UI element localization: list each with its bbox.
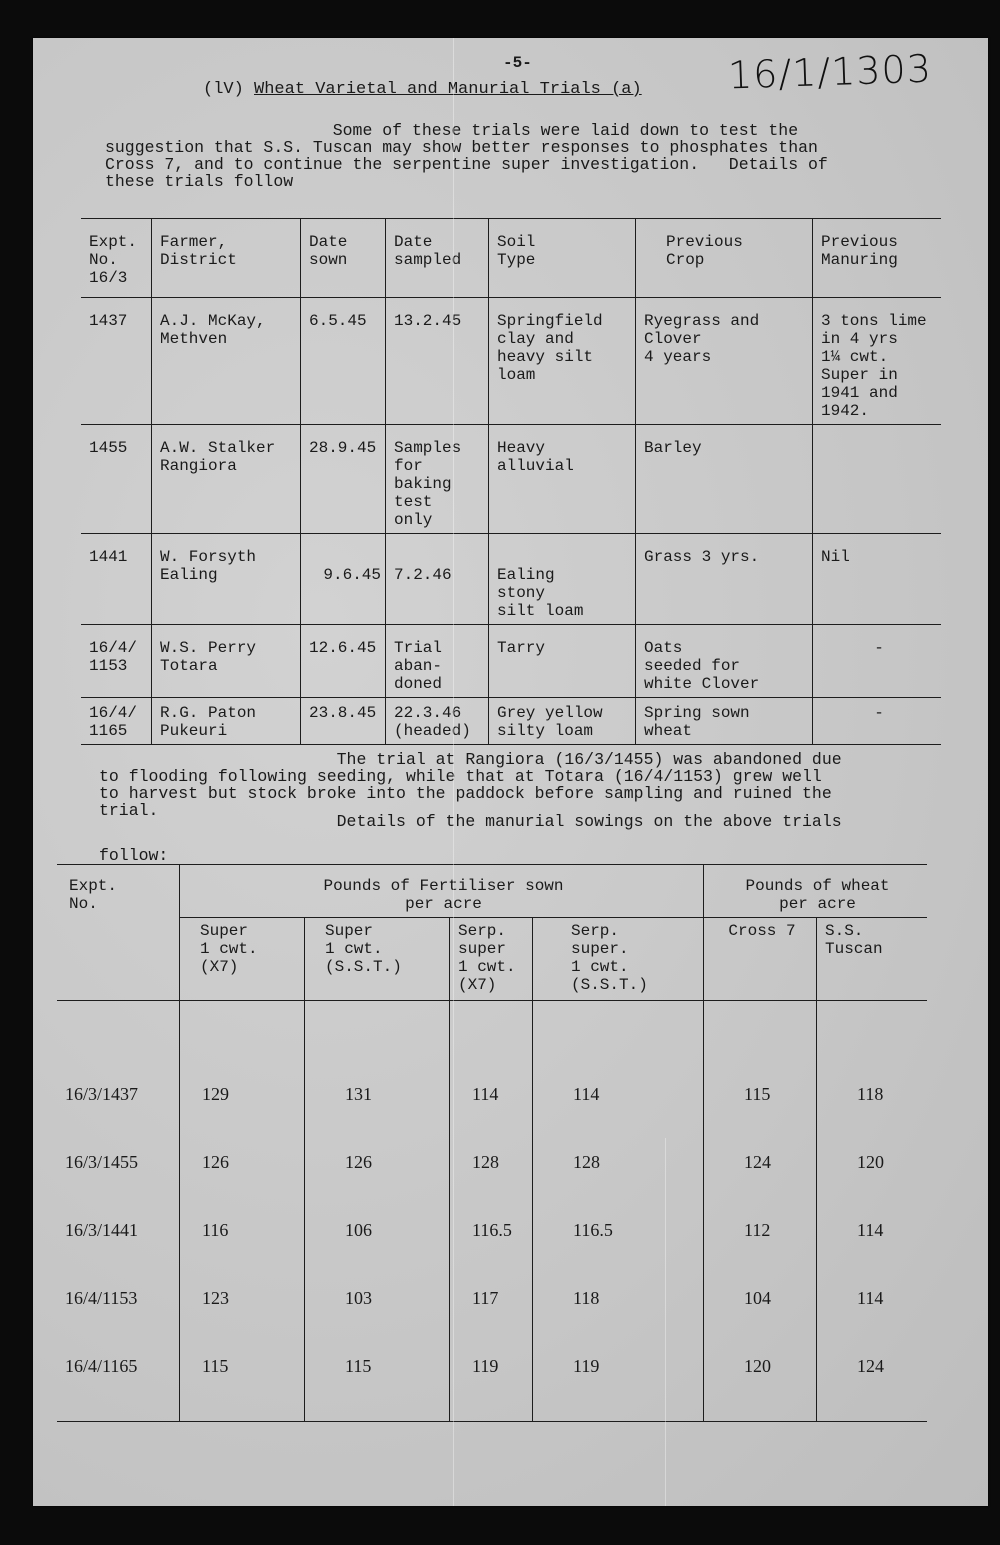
middle-paragraph: The trial at Rangiora (16/3/1455) was ab… — [99, 751, 842, 819]
list-item: 120 — [857, 1145, 923, 1179]
cell-date-sampled: 7.2.46 — [386, 534, 489, 625]
cell-farmer-district: R.G. Paton Pukeuri — [152, 698, 301, 745]
table-row: 1455 A.W. Stalker Rangiora 28.9.45 Sampl… — [81, 425, 941, 534]
col-ss-tuscan: S.S. Tuscan — [817, 918, 928, 1001]
lead-in-paragraph: Details of the manurial sowings on the a… — [99, 813, 842, 864]
list-item: 106 — [345, 1213, 445, 1247]
cell-previous-crop: Barley — [636, 425, 813, 534]
col-expt-no: Expt. No. — [57, 865, 180, 1001]
cell-soil-type: Heavy alluvial — [489, 425, 636, 534]
heading-title: Wheat Varietal and Manurial Trials (a) — [254, 80, 642, 99]
col-super-x7: Super 1 cwt. (X7) — [180, 918, 305, 1001]
list-item: 16/4/1165 — [65, 1349, 175, 1383]
cell-date-sown: 6.5.45 — [301, 298, 386, 425]
cell-expt-no: 1437 — [81, 298, 152, 425]
list-item: 128 — [573, 1145, 699, 1179]
film-scratch — [665, 1138, 666, 1506]
list-item: 120 — [744, 1349, 812, 1383]
list-item: 126 — [202, 1145, 300, 1179]
list-item: 16/3/1441 — [65, 1213, 175, 1247]
tuscan-values: 118 120 114 114 124 — [817, 1001, 928, 1422]
table-row: 16/4/ 1165 R.G. Paton Pukeuri 23.8.45 22… — [81, 698, 941, 745]
trials-table-header: Expt. No. 16/3 Farmer, District Date sow… — [81, 219, 941, 298]
cell-date-sown: 9.6.45 — [301, 534, 386, 625]
serp-sst-values: 114 128 116.5 118 119 — [533, 1001, 704, 1422]
group-wheat-yield: Pounds of wheat per acre — [704, 865, 928, 918]
sowings-table-group-header: Expt. No. Pounds of Fertiliser sown per … — [57, 865, 927, 918]
expt-number-list: 16/3/1437 16/3/1455 16/3/1441 16/4/1153 … — [57, 1001, 180, 1422]
list-item: 114 — [857, 1281, 923, 1315]
col-serp-super-sst: Serp. super. 1 cwt. (S.S.T.) — [533, 918, 704, 1001]
col-super-sst: Super 1 cwt. (S.S.T.) — [305, 918, 450, 1001]
list-item: 124 — [744, 1145, 812, 1179]
cell-expt-no: 16/4/ 1153 — [81, 625, 152, 698]
section-heading: (lV) Wheat Varietal and Manurial Trials … — [203, 80, 642, 99]
page-number: -5- — [503, 54, 532, 72]
list-item: 104 — [744, 1281, 812, 1315]
cell-previous-manuring: 3 tons lime in 4 yrs 1¼ cwt. Super in 19… — [813, 298, 942, 425]
list-item: 114 — [857, 1213, 923, 1247]
cell-date-sown: 12.6.45 — [301, 625, 386, 698]
list-item: 115 — [744, 1077, 812, 1111]
heading-prefix: (lV) — [203, 80, 244, 99]
list-item: 103 — [345, 1281, 445, 1315]
list-item: 112 — [744, 1213, 812, 1247]
cell-expt-no: 1455 — [81, 425, 152, 534]
list-item: 126 — [345, 1145, 445, 1179]
intro-paragraph: Some of these trials were laid down to t… — [105, 122, 828, 190]
table-row: 1441 W. Forsyth Ealing 9.6.45 7.2.46 Eal… — [81, 534, 941, 625]
sowings-table-sub-header: Super 1 cwt. (X7) Super 1 cwt. (S.S.T.) … — [57, 918, 927, 1001]
list-item: 115 — [202, 1349, 300, 1383]
list-item: 118 — [573, 1281, 699, 1315]
list-item: 129 — [202, 1077, 300, 1111]
super-x7-values: 129 126 116 123 115 — [180, 1001, 305, 1422]
col-previous-manuring: Previous Manuring — [813, 219, 942, 298]
cell-previous-crop: Spring sown wheat — [636, 698, 813, 745]
cell-previous-manuring — [813, 425, 942, 534]
list-item: 119 — [573, 1349, 699, 1383]
col-farmer-district: Farmer, District — [152, 219, 301, 298]
table-row: 16/4/ 1153 W.S. Perry Totara 12.6.45 Tri… — [81, 625, 941, 698]
list-item: 116 — [202, 1213, 300, 1247]
cell-farmer-district: W. Forsyth Ealing — [152, 534, 301, 625]
list-item: 115 — [345, 1349, 445, 1383]
list-item: 16/4/1153 — [65, 1281, 175, 1315]
cell-date-sampled: 22.3.46 (headed) — [386, 698, 489, 745]
list-item: 16/3/1437 — [65, 1077, 175, 1111]
film-scratch — [453, 38, 454, 1506]
list-item: 116.5 — [573, 1213, 699, 1247]
cell-expt-no: 16/4/ 1165 — [81, 698, 152, 745]
cell-expt-no: 1441 — [81, 534, 152, 625]
group-fertiliser-sown: Pounds of Fertiliser sown per acre — [180, 865, 704, 918]
serp-x7-values: 114 128 116.5 117 119 — [450, 1001, 533, 1422]
list-item: 131 — [345, 1077, 445, 1111]
cell-date-sown: 28.9.45 — [301, 425, 386, 534]
list-item: 117 — [472, 1281, 528, 1315]
col-soil-type: Soil Type — [489, 219, 636, 298]
col-previous-crop: Previous Crop — [636, 219, 813, 298]
document-page: -5- 16/1/1303 (lV) Wheat Varietal and Ma… — [33, 38, 988, 1506]
cell-previous-crop: Ryegrass and Clover 4 years — [636, 298, 813, 425]
cell-farmer-district: A.W. Stalker Rangiora — [152, 425, 301, 534]
cell-soil-type: Grey yellow silty loam — [489, 698, 636, 745]
cell-date-sampled: Trial aban- doned — [386, 625, 489, 698]
cell-previous-manuring: Nil — [813, 534, 942, 625]
col-date-sown: Date sown — [301, 219, 386, 298]
col-serp-super-x7: Serp. super 1 cwt. (X7) — [450, 918, 533, 1001]
cell-date-sampled: Samples for baking test only — [386, 425, 489, 534]
list-item: 114 — [573, 1077, 699, 1111]
list-item: 123 — [202, 1281, 300, 1315]
cell-soil-type: Springfield clay and heavy silt loam — [489, 298, 636, 425]
cell-farmer-district: A.J. McKay, Methven — [152, 298, 301, 425]
trials-table: Expt. No. 16/3 Farmer, District Date sow… — [81, 218, 941, 745]
super-sst-values: 131 126 106 103 115 — [305, 1001, 450, 1422]
col-expt-no: Expt. No. 16/3 — [81, 219, 152, 298]
list-item: 118 — [857, 1077, 923, 1111]
col-date-sampled: Date sampled — [386, 219, 489, 298]
cross7-values: 115 124 112 104 120 — [704, 1001, 817, 1422]
cell-previous-crop: Oats seeded for white Clover — [636, 625, 813, 698]
cell-previous-crop: Grass 3 yrs. — [636, 534, 813, 625]
list-item: 124 — [857, 1349, 923, 1383]
sowings-data-row: 16/3/1437 16/3/1455 16/3/1441 16/4/1153 … — [57, 1001, 927, 1422]
list-item: 116.5 — [472, 1213, 528, 1247]
handwritten-file-reference: 16/1/1303 — [727, 46, 932, 97]
list-item: 114 — [472, 1077, 528, 1111]
cell-farmer-district: W.S. Perry Totara — [152, 625, 301, 698]
cell-soil-type: Tarry — [489, 625, 636, 698]
col-cross-7: Cross 7 — [704, 918, 817, 1001]
cell-date-sown: 23.8.45 — [301, 698, 386, 745]
list-item: 128 — [472, 1145, 528, 1179]
list-item: 119 — [472, 1349, 528, 1383]
cell-previous-manuring: - — [813, 698, 942, 745]
cell-previous-manuring: - — [813, 625, 942, 698]
cell-soil-type: Ealing stony silt loam — [489, 534, 636, 625]
table-row: 1437 A.J. McKay, Methven 6.5.45 13.2.45 … — [81, 298, 941, 425]
list-item: 16/3/1455 — [65, 1145, 175, 1179]
sowings-table: Expt. No. Pounds of Fertiliser sown per … — [57, 864, 927, 1422]
cell-date-sampled: 13.2.45 — [386, 298, 489, 425]
